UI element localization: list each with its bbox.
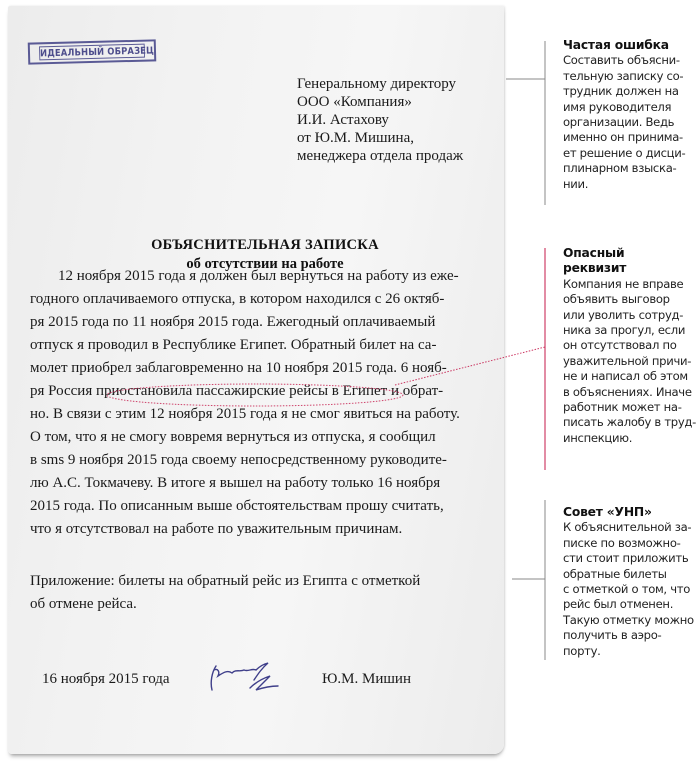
note-line: порту. — [563, 644, 698, 659]
note-line: уважительной причи- — [563, 354, 698, 369]
note-line: объявить выговор — [563, 292, 698, 307]
note-title: Совет «УНП» — [563, 505, 698, 520]
note-line: ет решение о дисци- — [563, 146, 698, 161]
note-line: Составить объясни- — [563, 53, 698, 68]
note-line: писке по возможно- — [563, 536, 698, 551]
note-line: имя руководителя — [563, 100, 698, 115]
note-title: Частая ошибка — [563, 38, 698, 53]
note-line: не и написал об этом — [563, 369, 698, 384]
note-line: рейс был отменен. — [563, 597, 698, 612]
note-line: он отсутствовал по — [563, 338, 698, 353]
note-line: К объяснительной за- — [563, 520, 698, 535]
note-line: или уволить сотруд- — [563, 308, 698, 323]
note-line: с отметкой о том, что — [563, 582, 698, 597]
note-line: плинарном взыска- — [563, 161, 698, 176]
note-line: организации. Ведь — [563, 115, 698, 130]
note-line: ника за прогул, если — [563, 323, 698, 338]
note-line: в объяснениях. Иначе — [563, 385, 698, 400]
note-line: писать жалобу в труд- — [563, 415, 698, 430]
note-line: нии. — [563, 177, 698, 192]
note-line: тельную записку со- — [563, 69, 698, 84]
note-title: Опасный — [563, 246, 698, 261]
note-unp-advice: Совет «УНП» К объяснительной за- писке п… — [563, 505, 698, 659]
note-line: Компания не вправе — [563, 277, 698, 292]
note-title: реквизит — [563, 261, 698, 276]
note-line: обратные билеты — [563, 567, 698, 582]
note-line: трудник должен на — [563, 84, 698, 99]
note-common-mistake: Частая ошибка Составить объясни- тельную… — [563, 38, 698, 192]
note-line: получить в аэро- — [563, 628, 698, 643]
note-line: работник может на- — [563, 400, 698, 415]
note-line: сти стоит приложить — [563, 551, 698, 566]
note-line: инспекцию. — [563, 431, 698, 446]
note-dangerous-requisite: Опасный реквизит Компания не вправе объя… — [563, 246, 698, 446]
note-line: Такую отметку можно — [563, 613, 698, 628]
note-line: именно он принима- — [563, 130, 698, 145]
